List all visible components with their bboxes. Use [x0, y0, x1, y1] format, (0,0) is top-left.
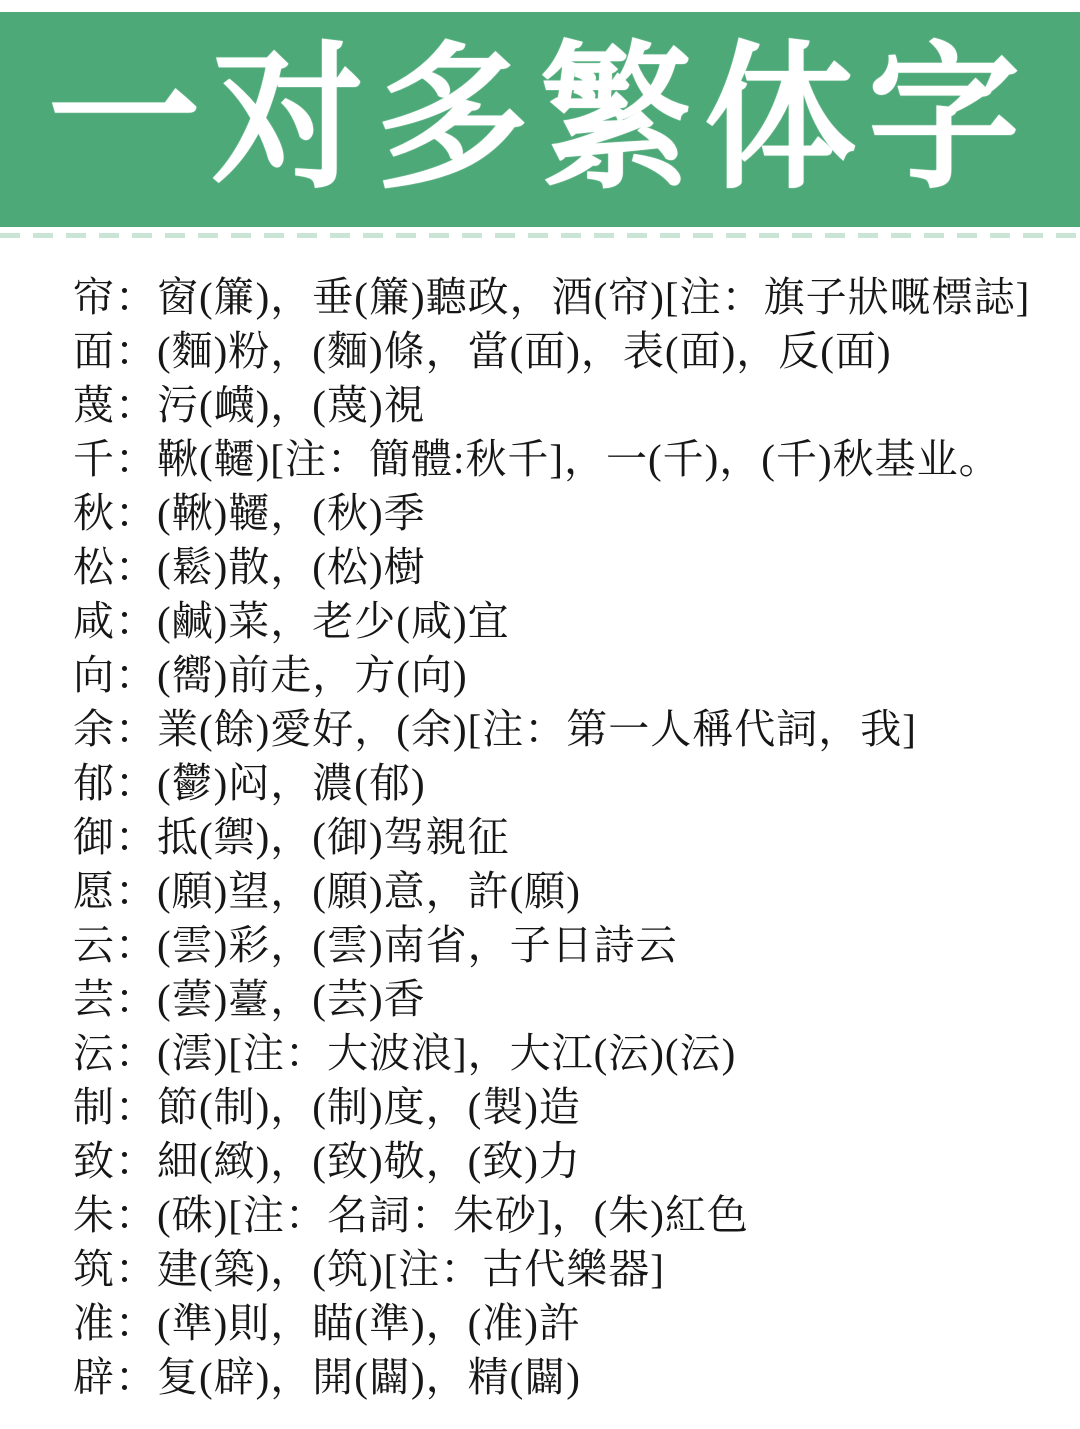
- entry-line: 余：業(餘)愛好，(余)[注：第一人稱代詞，我]: [73, 702, 1070, 756]
- entry-line: 沄：(澐)[注：大波浪]，大江(沄)(沄): [73, 1026, 1070, 1080]
- entry-line: 制：節(制)，(制)度，(製)造: [73, 1080, 1070, 1134]
- page-title: 一对多繁体字: [48, 40, 1032, 198]
- header-banner: 一对多繁体字: [0, 12, 1080, 227]
- entry-line: 致：細(緻)，(致)敬，(致)力: [73, 1134, 1070, 1188]
- entry-line: 愿：(願)望，(願)意，許(願): [73, 864, 1070, 918]
- entry-line: 郁：(鬱)闷，濃(郁): [73, 756, 1070, 810]
- entry-line: 辟：复(辟)，開(闢)，精(闢): [73, 1350, 1070, 1404]
- entry-line: 云：(雲)彩，(雲)南省，子日詩云: [73, 918, 1070, 972]
- entry-line: 向：(嚮)前走，方(向): [73, 648, 1070, 702]
- banner-dashed-divider: [0, 233, 1080, 238]
- entry-line: 筑：建(築)，(筑)[注：古代樂器]: [73, 1242, 1070, 1296]
- entry-line: 御：抵(禦)，(御)驾親征: [73, 810, 1070, 864]
- entry-line: 准：(準)則，瞄(準)，(准)許: [73, 1296, 1070, 1350]
- entry-list: 帘：窗(簾)，垂(簾)聽政，酒(帘)[注：旗子狀嘅標誌] 面：(麵)粉，(麵)條…: [73, 270, 1070, 1404]
- entry-line: 芸：(蕓)薹，(芸)香: [73, 972, 1070, 1026]
- entry-line: 咸：(鹹)菜，老少(咸)宜: [73, 594, 1070, 648]
- page: 一对多繁体字 帘：窗(簾)，垂(簾)聽政，酒(帘)[注：旗子狀嘅標誌] 面：(麵…: [0, 0, 1080, 1429]
- entry-line: 帘：窗(簾)，垂(簾)聽政，酒(帘)[注：旗子狀嘅標誌]: [73, 270, 1070, 324]
- entry-line: 松：(鬆)散，(松)樹: [73, 540, 1070, 594]
- entry-line: 秋：(鞦)韆，(秋)季: [73, 486, 1070, 540]
- entry-line: 朱：(硃)[注：名詞：朱砂]，(朱)紅色: [73, 1188, 1070, 1242]
- entry-line: 千：鞦(韆)[注：簡體:秋千]，一(千)，(千)秋基业。: [73, 432, 1070, 486]
- entry-line: 蔑：污(衊)，(蔑)視: [73, 378, 1070, 432]
- entry-line: 面：(麵)粉，(麵)條，當(面)，表(面)，反(面): [73, 324, 1070, 378]
